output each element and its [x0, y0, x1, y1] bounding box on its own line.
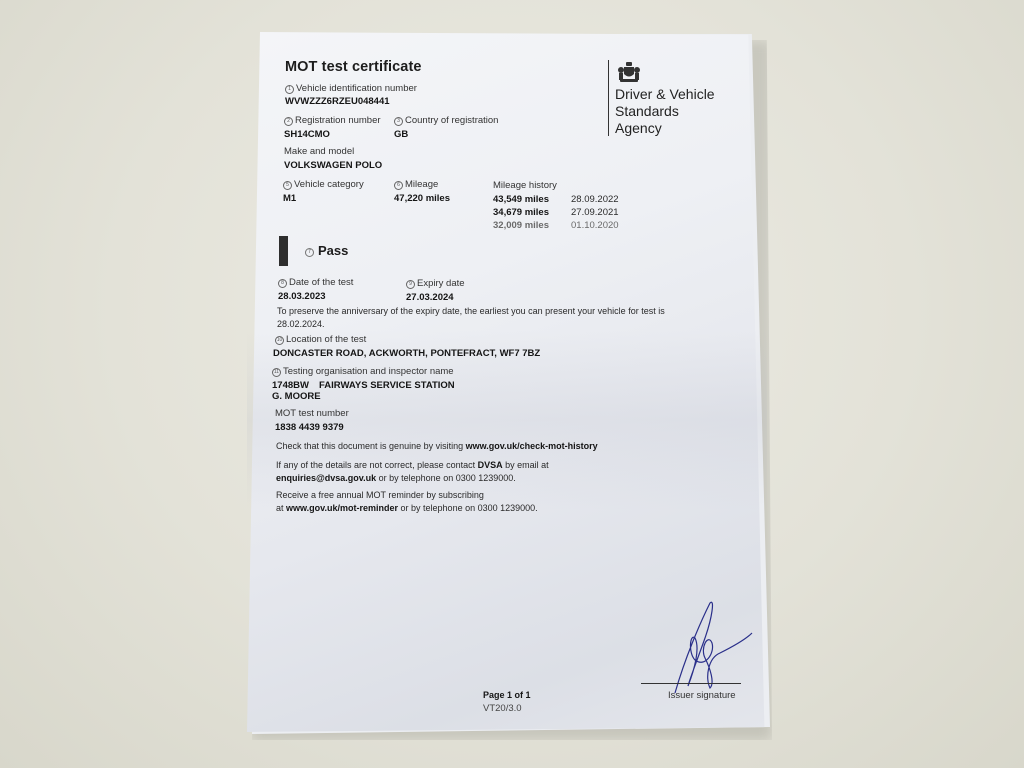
contact-note-line-1: If any of the details are not correct, p… [276, 460, 549, 470]
vin-label: 1Vehicle identification number [285, 83, 417, 94]
test-result: 7Pass [305, 243, 348, 258]
document-title: MOT test certificate [285, 59, 422, 75]
mileage-label: 6Mileage [394, 179, 438, 190]
anniversary-note-line-1: To preserve the anniversary of the expir… [277, 306, 665, 316]
mileage-history-date-2: 27.09.2021 [571, 207, 619, 218]
country-value: GB [394, 129, 408, 140]
test-date-label: 8Date of the test [278, 277, 353, 288]
mileage-history-miles-1: 43,549 miles [493, 194, 549, 205]
mot-reminder-link[interactable]: www.gov.uk/mot-reminder [286, 503, 398, 513]
test-number-label: MOT test number [275, 408, 349, 419]
mileage-history-label: Mileage history [493, 180, 557, 191]
location-value: DONCASTER ROAD, ACKWORTH, PONTEFRACT, WF… [273, 348, 540, 359]
info-icon: 2 [284, 117, 293, 126]
expiry-date-label: 9Expiry date [406, 278, 465, 289]
agency-divider [608, 60, 609, 136]
make-model-label: Make and model [284, 146, 354, 157]
testing-org-label: 11Testing organisation and inspector nam… [272, 366, 454, 377]
mileage-value: 47,220 miles [394, 193, 450, 204]
country-label: 3Country of registration [394, 115, 498, 126]
info-icon: 6 [394, 181, 403, 190]
vin-value: WVWZZZ6RZEU048441 [285, 96, 390, 107]
royal-coat-of-arms-icon [616, 60, 642, 84]
category-value: M1 [283, 193, 296, 204]
info-icon: 7 [305, 248, 314, 257]
mileage-history-miles-3: 32,009 miles [493, 220, 549, 231]
info-icon: 9 [406, 280, 415, 289]
info-icon: 10 [275, 336, 284, 345]
genuine-check-note: Check that this document is genuine by v… [276, 441, 598, 451]
result-marker [279, 236, 288, 266]
signature-line [641, 683, 741, 684]
info-icon: 1 [285, 85, 294, 94]
agency-name: Driver & Vehicle Standards Agency [615, 86, 715, 137]
info-icon: 8 [278, 279, 287, 288]
reminder-note-line-1: Receive a free annual MOT reminder by su… [276, 490, 484, 500]
signature-label: Issuer signature [668, 690, 736, 701]
anniversary-note-line-2: 28.02.2024. [277, 319, 325, 329]
test-date-value: 28.03.2023 [278, 291, 326, 302]
registration-value: SH14CMO [284, 129, 330, 140]
testing-org-code: 1748BW [272, 380, 309, 391]
info-icon: 11 [272, 368, 281, 377]
location-label: 10Location of the test [275, 334, 366, 345]
contact-email-link[interactable]: enquiries@dvsa.gov.uk [276, 473, 376, 483]
form-code: VT20/3.0 [483, 703, 522, 714]
registration-label: 2Registration number [284, 115, 381, 126]
info-icon: 3 [394, 117, 403, 126]
contact-note-line-2: enquiries@dvsa.gov.uk or by telephone on… [276, 473, 516, 483]
test-number-value: 1838 4439 9379 [275, 422, 344, 433]
testing-org-name: FAIRWAYS SERVICE STATION [319, 380, 455, 391]
mileage-history-date-1: 28.09.2022 [571, 194, 619, 205]
inspector-name: G. MOORE [272, 391, 321, 402]
expiry-date-value: 27.03.2024 [406, 292, 454, 303]
category-label: 5Vehicle category [283, 179, 364, 190]
mileage-history-miles-2: 34,679 miles [493, 207, 549, 218]
page-number: Page 1 of 1 [483, 690, 531, 700]
info-icon: 5 [283, 181, 292, 190]
mileage-history-date-3: 01.10.2020 [571, 220, 619, 231]
reminder-note-line-2: at www.gov.uk/mot-reminder or by telepho… [276, 503, 538, 513]
make-model-value: VOLKSWAGEN POLO [284, 160, 382, 171]
check-mot-history-link[interactable]: www.gov.uk/check-mot-history [466, 441, 598, 451]
